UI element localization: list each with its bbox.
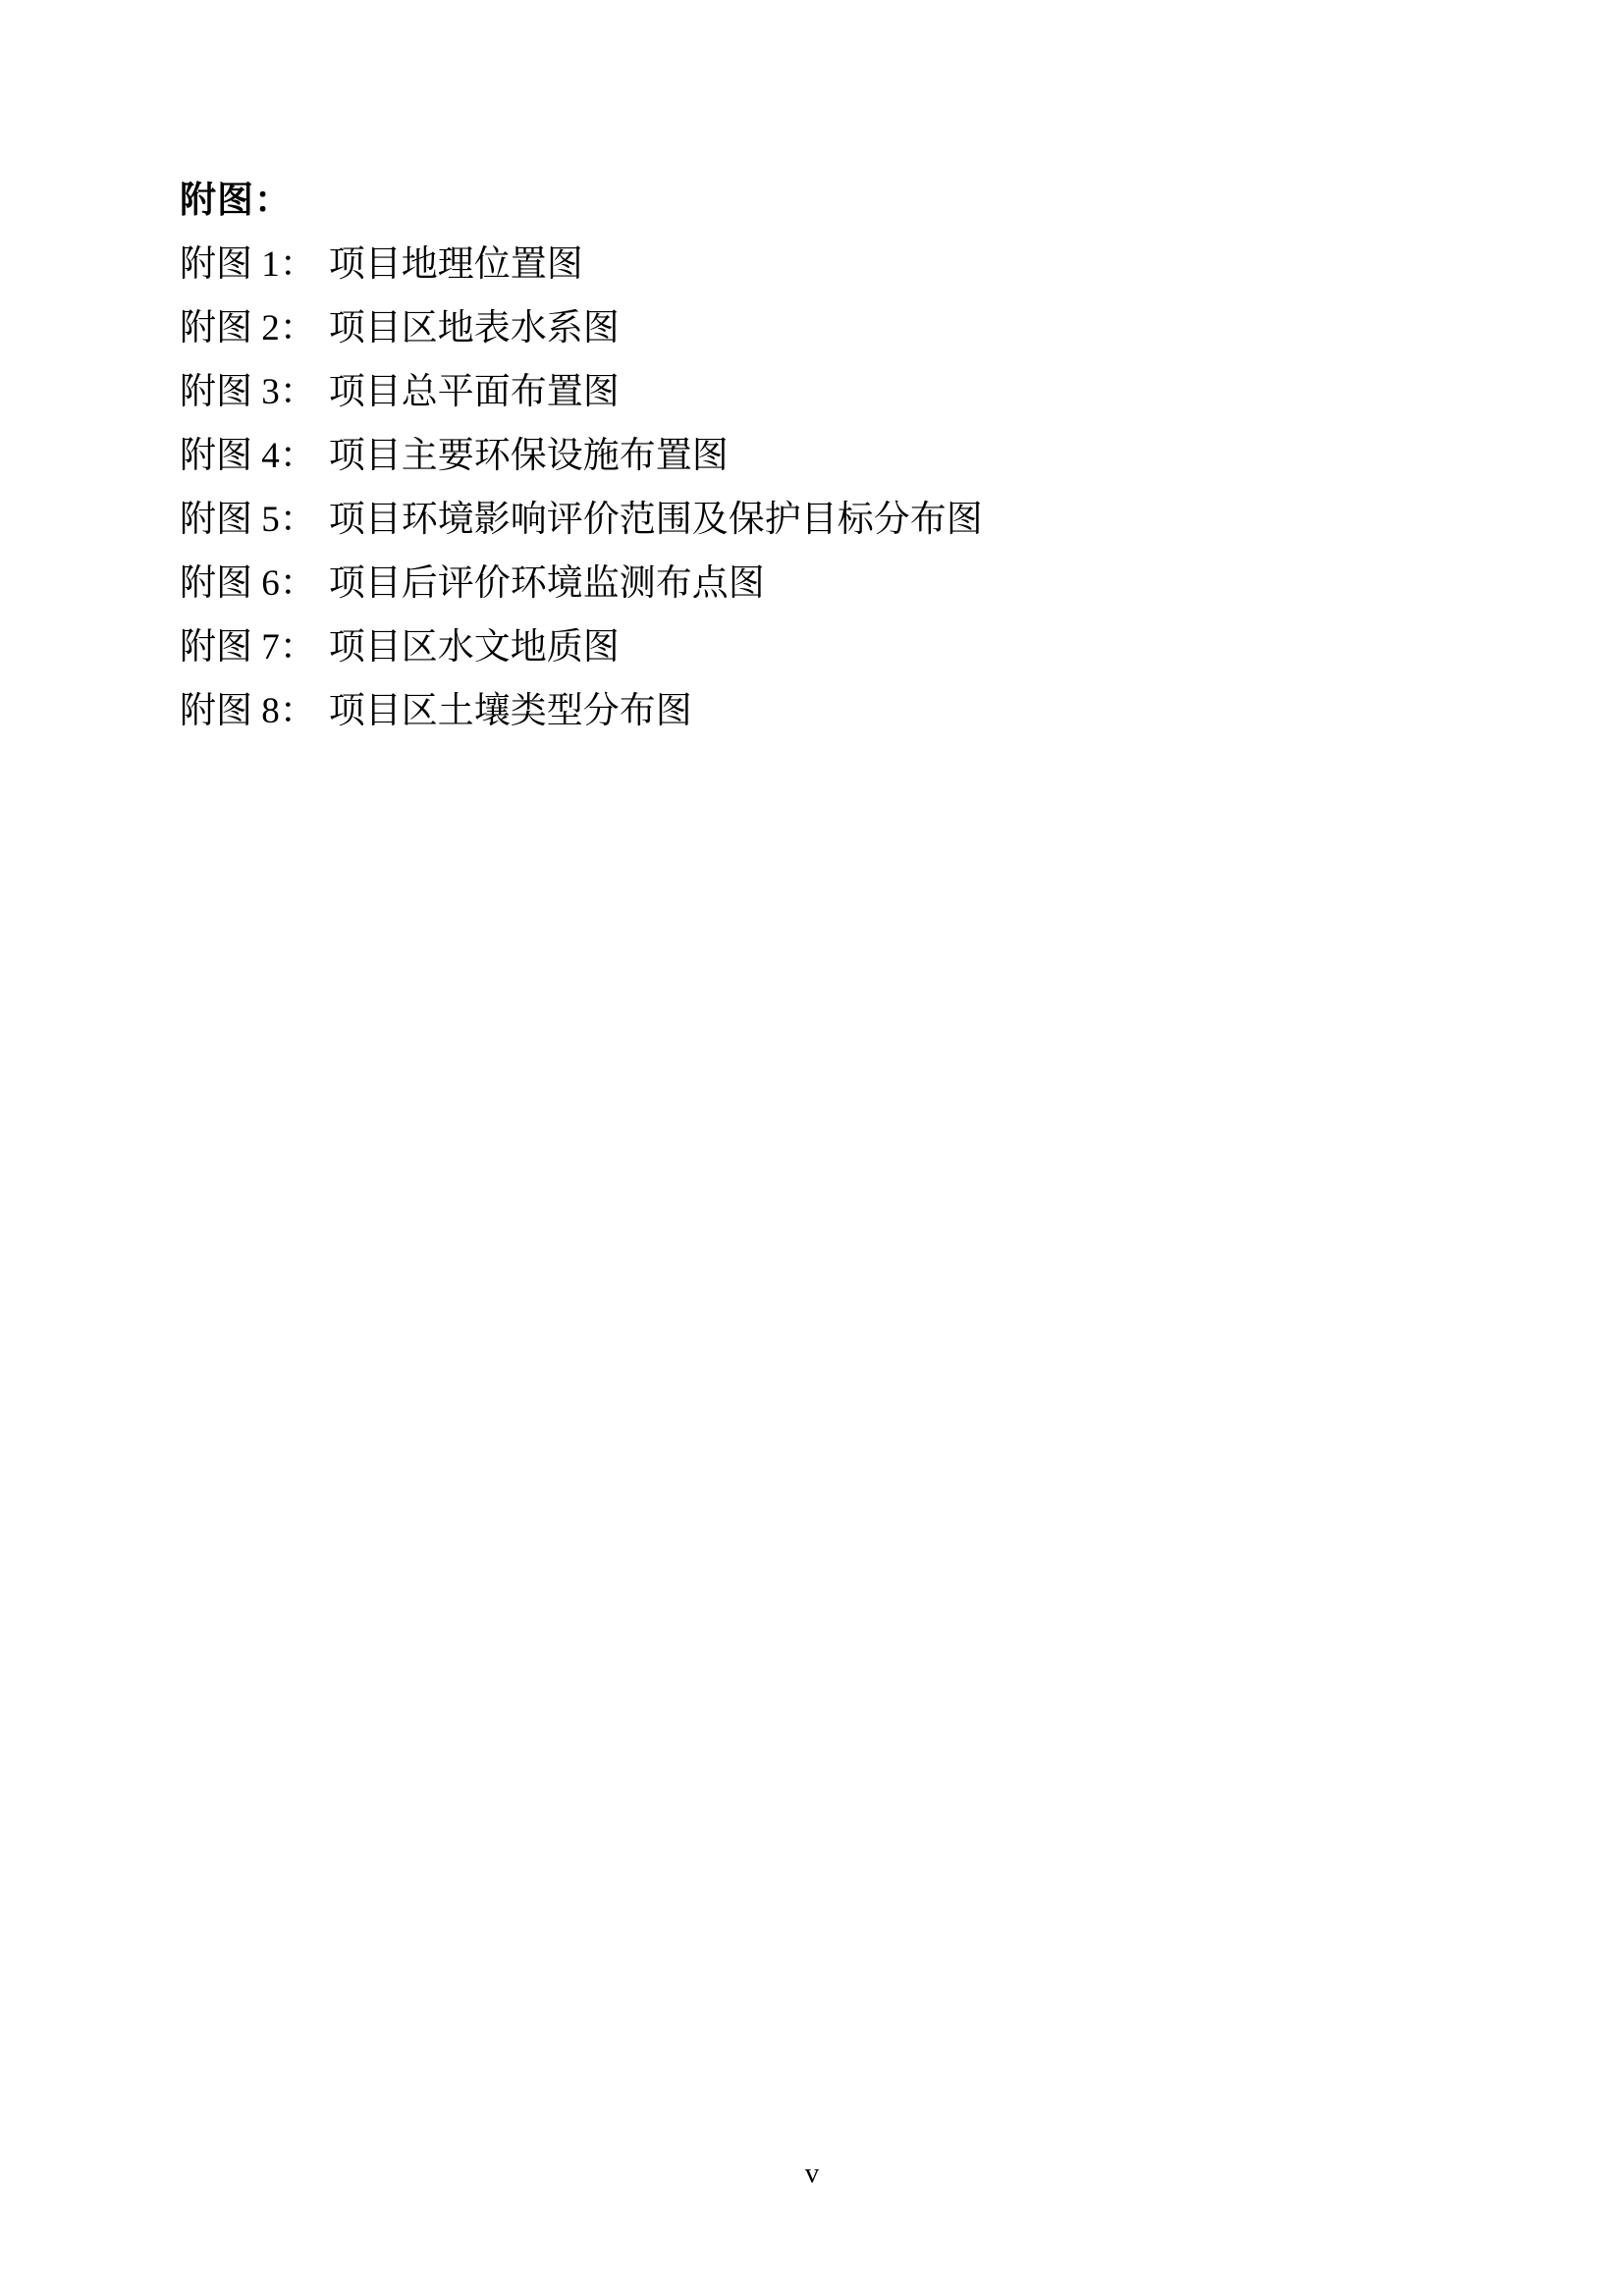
document-page: 附图： 附图 1：项目地理位置图 附图 2：项目区地表水系图 附图 3：项目总平… bbox=[0, 0, 1624, 2296]
figure-title: 项目环境影响评价范围及保护目标分布图 bbox=[329, 488, 983, 552]
figure-list-item-6: 附图 6：项目后评价环境监测布点图 bbox=[180, 552, 1477, 615]
figure-list-item-8: 附图 8：项目区土壤类型分布图 bbox=[180, 679, 1477, 743]
figure-list: 附图： 附图 1：项目地理位置图 附图 2：项目区地表水系图 附图 3：项目总平… bbox=[180, 169, 1477, 743]
figure-label: 附图 8： bbox=[180, 679, 316, 743]
figure-label: 附图 2： bbox=[180, 296, 316, 360]
figure-label: 附图 7： bbox=[180, 615, 316, 679]
figure-title: 项目总平面布置图 bbox=[329, 360, 620, 424]
page-number: v bbox=[0, 2156, 1624, 2191]
figure-list-item-5: 附图 5：项目环境影响评价范围及保护目标分布图 bbox=[180, 488, 1477, 552]
figure-title: 项目区水文地质图 bbox=[329, 615, 620, 679]
figure-label: 附图 3： bbox=[180, 360, 316, 424]
figure-label: 附图 5： bbox=[180, 488, 316, 552]
figure-title: 项目区土壤类型分布图 bbox=[329, 679, 692, 743]
figure-title: 项目主要环保设施布置图 bbox=[329, 424, 729, 488]
figure-title: 项目地理位置图 bbox=[329, 233, 583, 296]
figure-list-item-1: 附图 1：项目地理位置图 bbox=[180, 233, 1477, 296]
figure-label: 附图 6： bbox=[180, 552, 316, 615]
figure-label: 附图 1： bbox=[180, 233, 316, 296]
figure-title: 项目后评价环境监测布点图 bbox=[329, 552, 765, 615]
figure-list-item-2: 附图 2：项目区地表水系图 bbox=[180, 296, 1477, 360]
figure-title: 项目区地表水系图 bbox=[329, 296, 620, 360]
figure-list-item-7: 附图 7：项目区水文地质图 bbox=[180, 615, 1477, 679]
figure-label: 附图 4： bbox=[180, 424, 316, 488]
figure-list-item-3: 附图 3：项目总平面布置图 bbox=[180, 360, 1477, 424]
attachments-heading: 附图： bbox=[180, 169, 1477, 233]
figure-list-item-4: 附图 4：项目主要环保设施布置图 bbox=[180, 424, 1477, 488]
